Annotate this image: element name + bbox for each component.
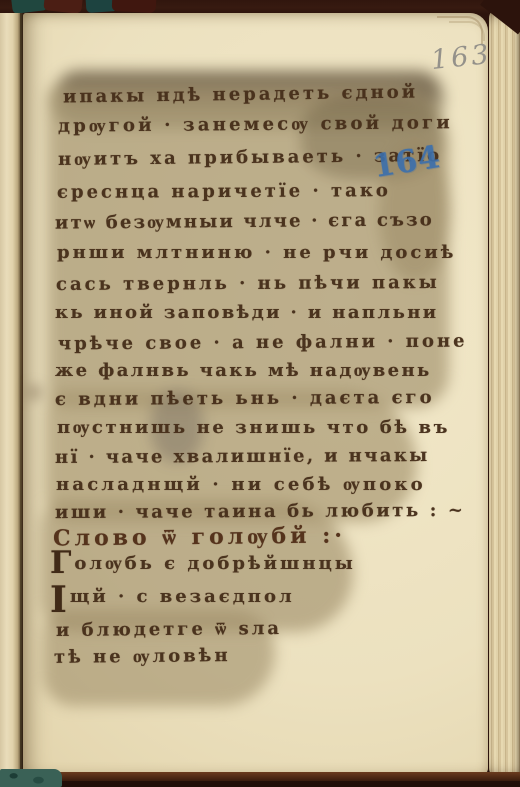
text-line: ипакы ндѣ нерадеть єдной (63, 82, 418, 108)
text-line: насладнщй · ни себѣ ѹпоко (56, 474, 426, 495)
text-line: нї · чаче хвалишнїе, и нчакы (55, 445, 430, 468)
section-header-line: Слово ѿ голѹбй :· (53, 522, 346, 551)
fore-edge-page-stack (489, 9, 520, 778)
binding-fabric-darkred (112, 0, 157, 13)
folio-number-pencil: 163 (430, 39, 493, 76)
green-cover-corner (0, 769, 62, 787)
manuscript-photo: ипакы ндѣ нерадеть єдной дрѹгой · занеме… (0, 0, 520, 787)
gutter-facing-leaf-edge (0, 13, 22, 775)
text-line: сась твернль · нь пѣчи пакы (56, 272, 440, 295)
text-line: и блюдетге ѿ ѕла (56, 618, 282, 641)
text-line: иши · чаче таина бь любить : ~ (55, 500, 466, 523)
text-line: итѡ безѹмныи члче · єга съзо (55, 209, 434, 233)
binding-fabric-maroon (43, 0, 82, 14)
text-line: же фалнвь чакь мѣ надѹвень (55, 360, 432, 381)
text-line-rest: щй · с везаєдпол (70, 586, 295, 607)
text-line: Голѹбь є добрѣйшнцы (50, 553, 356, 574)
text-line-rest: олѹбь є добрѣйшнцы (74, 553, 355, 574)
drop-initial: Г (50, 545, 74, 581)
text-line: пѹстнишь не знишь что бѣ въ (57, 417, 450, 438)
text-line: Іщй · с везаєдпол (50, 586, 295, 609)
manuscript-text: ипакы ндѣ нерадеть єдной дрѹгой · занеме… (23, 13, 488, 776)
text-line: єреснца наричетїе · тако (57, 180, 391, 203)
text-line: кь иной заповѣди · и напльни (55, 302, 439, 323)
text-line: чрѣче свое · а не фални · поне (58, 331, 468, 355)
text-line: дрѹгой · занемесѹ свой доги (58, 112, 453, 136)
page: ипакы ндѣ нерадеть єдной дрѹгой · занеме… (23, 13, 488, 776)
drop-initial: І (50, 579, 70, 621)
text-line: тѣ не ѹловѣн (54, 645, 231, 668)
text-line: рнши млтниню · не рчи досиѣ (57, 242, 456, 263)
table-edge-strip (0, 772, 520, 781)
text-line: є вдни пѣеть ьнь · даєта єго (55, 387, 435, 410)
